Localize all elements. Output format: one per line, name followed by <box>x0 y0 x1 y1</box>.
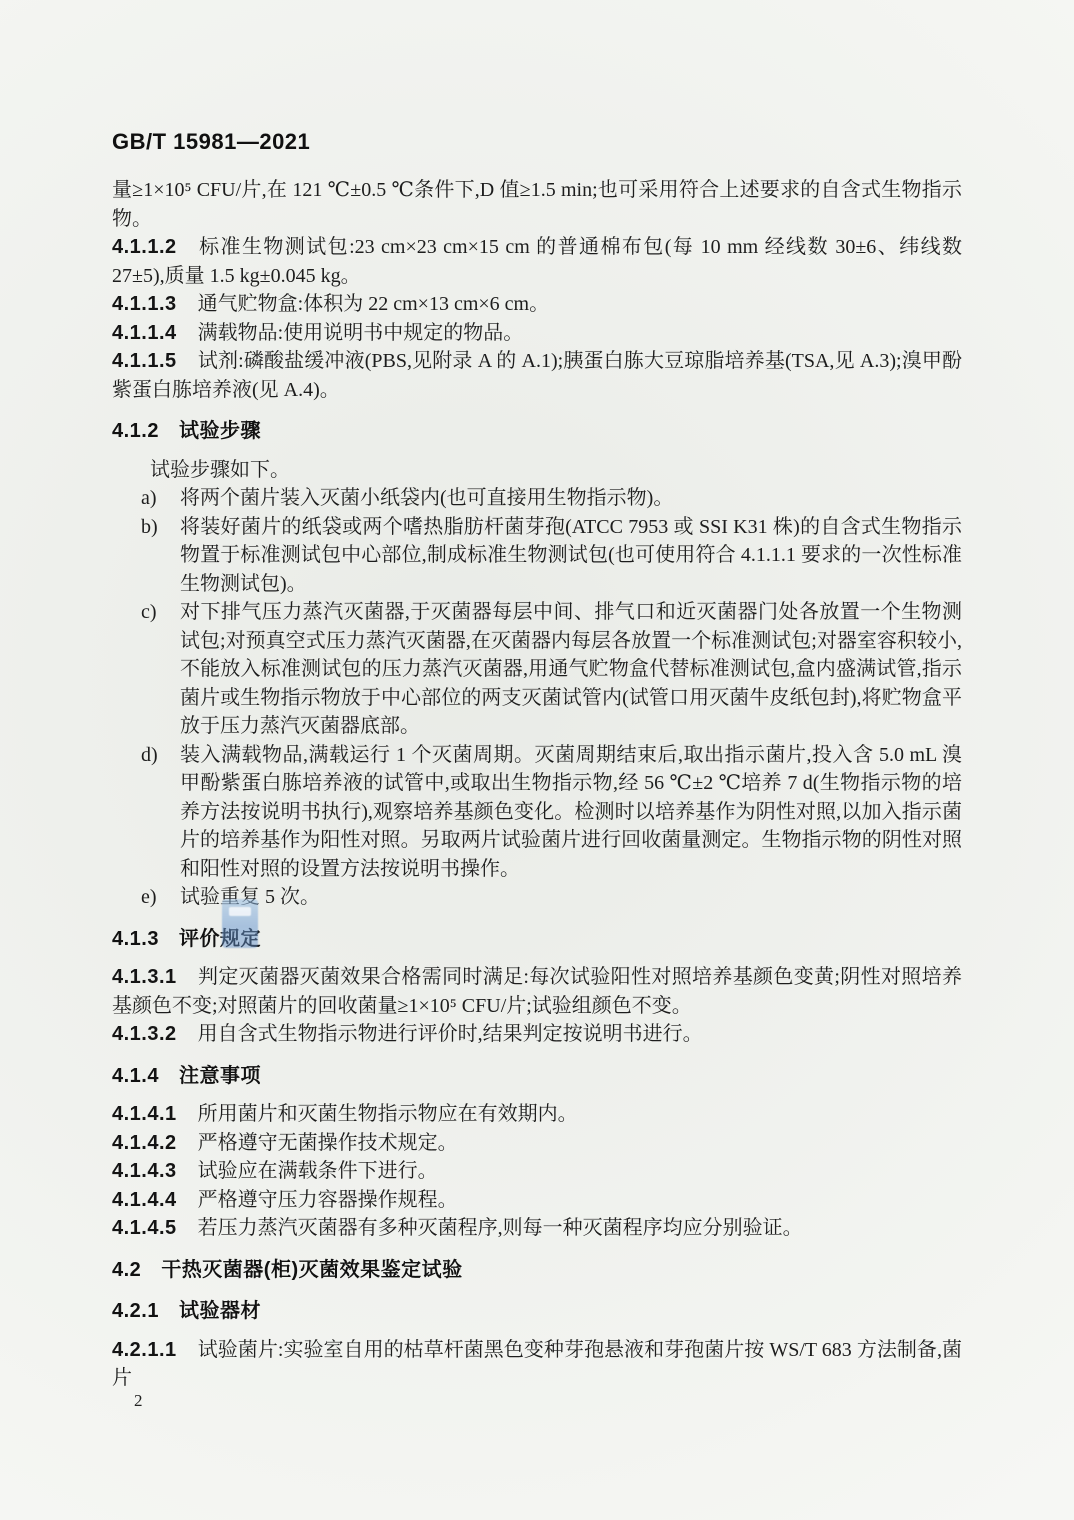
list-item-label: d) <box>112 741 180 884</box>
clause-number: 4.1.4.2 <box>112 1132 177 1154</box>
clause-paragraph-4.2.1.1: 4.2.1.1试验菌片:实验室自用的枯草杆菌黑色变种芽孢悬液和芽孢菌片按 WS/… <box>112 1336 962 1393</box>
list-item-label: c) <box>112 598 180 741</box>
list-item-d: d)装入满载物品,满载运行 1 个灭菌周期。灭菌周期结束后,取出指示菌片,投入含… <box>112 741 962 884</box>
heading-text: 试验步骤 <box>179 420 261 442</box>
clause-paragraph-4.1.3.1: 4.1.3.1判定灭菌器灭菌效果合格需同时满足:每次试验阳性对照培养基颜色变黄;… <box>112 963 962 1020</box>
clause-paragraph-4.1.3.2: 4.1.3.2用自含式生物指示物进行评价时,结果判定按说明书进行。 <box>112 1020 962 1049</box>
list-item-text: 对下排气压力蒸汽灭菌器,于灭菌器每层中间、排气口和近灭菌器门处各放置一个生物测试… <box>180 598 962 741</box>
clause-text: 试验菌片:实验室自用的枯草杆菌黑色变种芽孢悬液和芽孢菌片按 WS/T 683 方… <box>112 1339 962 1390</box>
section-heading-4.1.4: 4.1.4注意事项 <box>112 1062 962 1091</box>
continued-paragraph: 量≥1×10⁵ CFU/片,在 121 ℃±0.5 ℃条件下,D 值≥1.5 m… <box>112 176 962 233</box>
list-item-text: 将装好菌片的纸袋或两个嗜热脂肪杆菌芽孢(ATCC 7953 或 SSI K31 … <box>180 513 962 599</box>
list-item-text: 将两个菌片装入灭菌小纸袋内(也可直接用生物指示物)。 <box>180 484 962 513</box>
section-heading-4.1.3: 4.1.3评价规定 <box>112 925 962 954</box>
page-number: 2 <box>134 1391 143 1411</box>
clause-number: 4.1.3.1 <box>112 966 177 988</box>
clause-text: 严格遵守无菌操作技术规定。 <box>198 1132 458 1154</box>
clause-number: 4.2 <box>112 1259 141 1281</box>
clause-text: 用自含式生物指示物进行评价时,结果判定按说明书进行。 <box>198 1023 703 1045</box>
list-item-e: e)试验重复 5 次。 <box>112 883 962 912</box>
clause-text: 所用菌片和灭菌生物指示物应在有效期内。 <box>198 1103 578 1125</box>
list-item-c: c)对下排气压力蒸汽灭菌器,于灭菌器每层中间、排气口和近灭菌器门处各放置一个生物… <box>112 598 962 741</box>
clause-number: 4.1.1.2 <box>112 236 177 258</box>
clause-number: 4.1.4.3 <box>112 1160 177 1182</box>
list-item-a: a)将两个菌片装入灭菌小纸袋内(也可直接用生物指示物)。 <box>112 484 962 513</box>
clause-text: 试剂:磷酸盐缓冲液(PBS,见附录 A 的 A.1);胰蛋白胨大豆琼脂培养基(T… <box>112 350 962 401</box>
heading-text: 评价规定 <box>179 928 261 950</box>
section-heading-4.1.2: 4.1.2试验步骤 <box>112 417 962 446</box>
clause-number: 4.1.4.1 <box>112 1103 177 1125</box>
list-item-label: a) <box>112 484 180 513</box>
section-heading-4.2.1: 4.2.1试验器材 <box>112 1297 962 1326</box>
clause-text: 通气贮物盒:体积为 22 cm×13 cm×6 cm。 <box>198 293 549 315</box>
list-item-text: 试验重复 5 次。 <box>180 883 962 912</box>
intro-paragraph: 试验步骤如下。 <box>112 456 962 485</box>
clause-paragraph-4.1.4.1: 4.1.4.1所用菌片和灭菌生物指示物应在有效期内。 <box>112 1100 962 1129</box>
heading-text: 注意事项 <box>179 1065 261 1087</box>
clause-text: 判定灭菌器灭菌效果合格需同时满足:每次试验阳性对照培养基颜色变黄;阴性对照培养基… <box>112 966 962 1017</box>
heading-text: 干热灭菌器(柜)灭菌效果鉴定试验 <box>161 1259 462 1281</box>
clause-paragraph-4.1.1.2: 4.1.1.2标准生物测试包:23 cm×23 cm×15 cm 的普通棉布包(… <box>112 233 962 290</box>
clause-text: 若压力蒸汽灭菌器有多种灭菌程序,则每一种灭菌程序均应分别验证。 <box>198 1217 803 1239</box>
clause-paragraph-4.1.1.5: 4.1.1.5试剂:磷酸盐缓冲液(PBS,见附录 A 的 A.1);胰蛋白胨大豆… <box>112 347 962 404</box>
clause-number: 4.1.3 <box>112 928 159 950</box>
clause-number: 4.1.4.4 <box>112 1189 177 1211</box>
clause-number: 4.1.4.5 <box>112 1217 177 1239</box>
clause-text: 严格遵守压力容器操作规程。 <box>198 1189 458 1211</box>
standard-number: GB/T 15981—2021 <box>112 129 310 155</box>
clause-text: 满载物品:使用说明书中规定的物品。 <box>198 322 524 344</box>
document-body: 量≥1×10⁵ CFU/片,在 121 ℃±0.5 ℃条件下,D 值≥1.5 m… <box>112 176 962 1393</box>
clause-number: 4.1.4 <box>112 1065 159 1087</box>
clause-paragraph-4.1.1.4: 4.1.1.4满载物品:使用说明书中规定的物品。 <box>112 319 962 348</box>
clause-text: 试验应在满载条件下进行。 <box>198 1160 438 1182</box>
list-item-b: b)将装好菌片的纸袋或两个嗜热脂肪杆菌芽孢(ATCC 7953 或 SSI K3… <box>112 513 962 599</box>
list-item-label: e) <box>112 883 180 912</box>
clause-paragraph-4.1.4.2: 4.1.4.2严格遵守无菌操作技术规定。 <box>112 1129 962 1158</box>
list-item-text: 装入满载物品,满载运行 1 个灭菌周期。灭菌周期结束后,取出指示菌片,投入含 5… <box>180 741 962 884</box>
clause-number: 4.1.3.2 <box>112 1023 177 1045</box>
document-page: GB/T 15981—2021 量≥1×10⁵ CFU/片,在 121 ℃±0.… <box>0 0 1074 1520</box>
clause-number: 4.2.1.1 <box>112 1339 177 1361</box>
clause-number: 4.1.1.4 <box>112 322 177 344</box>
clause-paragraph-4.1.4.3: 4.1.4.3试验应在满载条件下进行。 <box>112 1157 962 1186</box>
clause-paragraph-4.1.1.3: 4.1.1.3通气贮物盒:体积为 22 cm×13 cm×6 cm。 <box>112 290 962 319</box>
clause-text: 标准生物测试包:23 cm×23 cm×15 cm 的普通棉布包(每 10 mm… <box>112 236 962 287</box>
section-heading-4.2: 4.2干热灭菌器(柜)灭菌效果鉴定试验 <box>112 1256 962 1285</box>
heading-text: 试验器材 <box>179 1300 261 1322</box>
clause-paragraph-4.1.4.4: 4.1.4.4严格遵守压力容器操作规程。 <box>112 1186 962 1215</box>
clause-number: 4.1.2 <box>112 420 159 442</box>
clause-number: 4.1.1.3 <box>112 293 177 315</box>
list-item-label: b) <box>112 513 180 599</box>
clause-number: 4.2.1 <box>112 1300 159 1322</box>
clause-paragraph-4.1.4.5: 4.1.4.5若压力蒸汽灭菌器有多种灭菌程序,则每一种灭菌程序均应分别验证。 <box>112 1214 962 1243</box>
clause-number: 4.1.1.5 <box>112 350 177 372</box>
